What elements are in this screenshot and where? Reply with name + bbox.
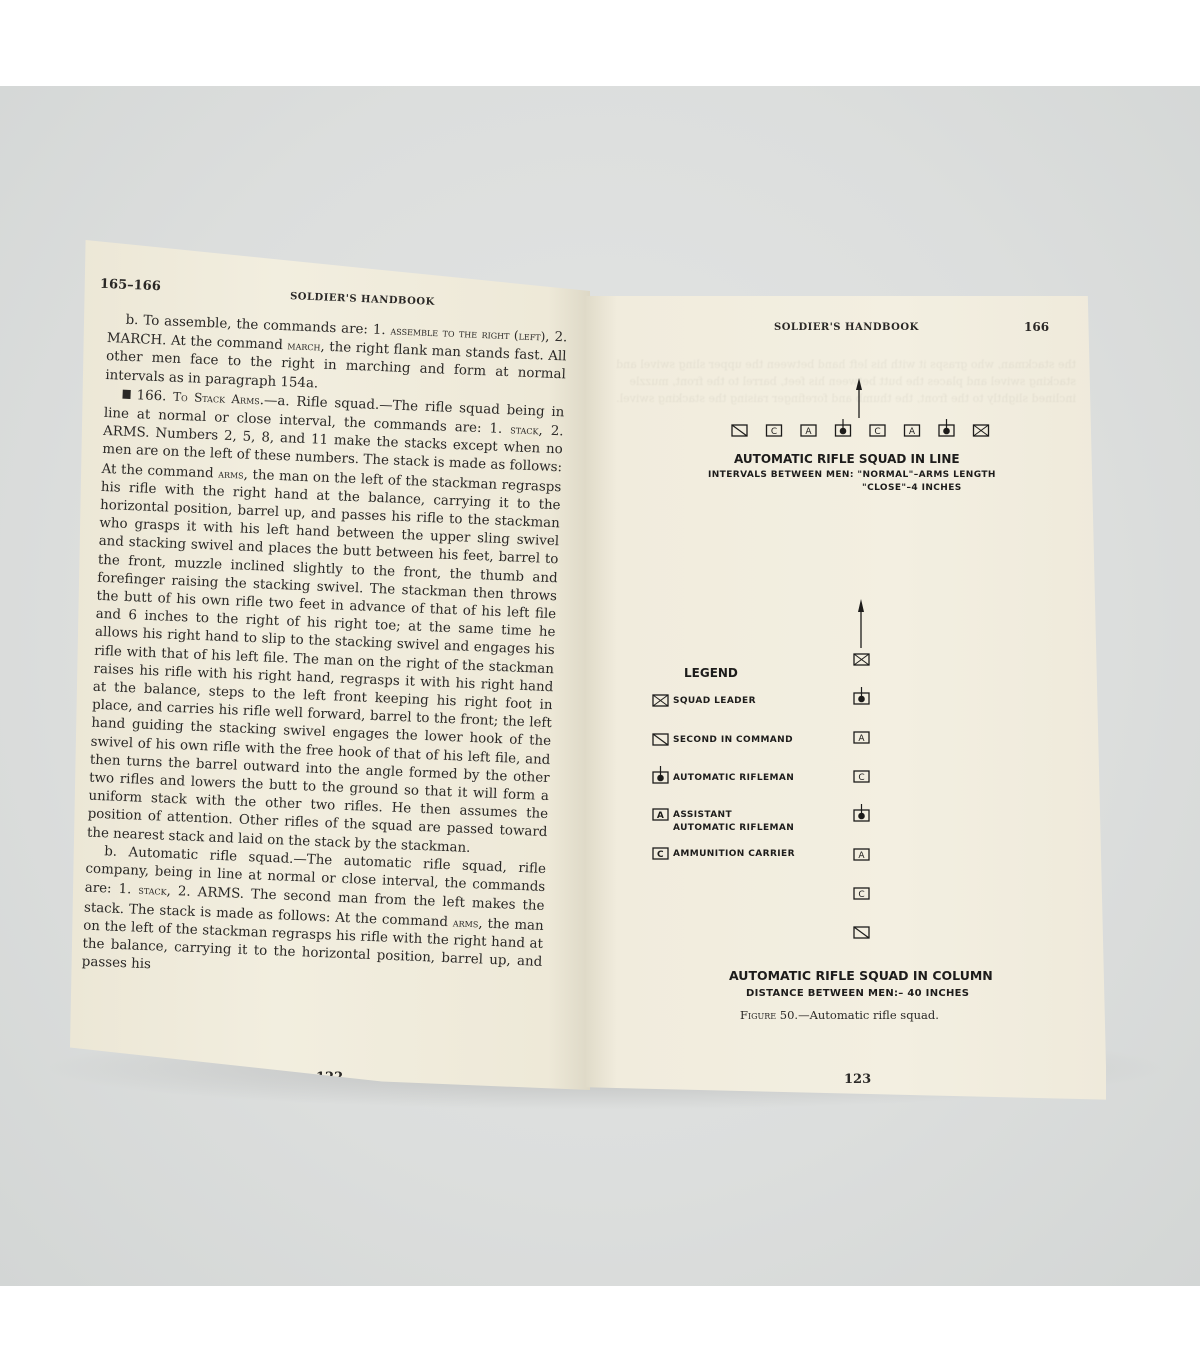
line-close-label: "CLOSE"–4 INCHES	[862, 483, 962, 493]
legend-label: ASSISTANTAUTOMATIC RIFLEMAN	[673, 807, 794, 833]
svg-text:A: A	[657, 811, 664, 821]
paragraph-166a: 166. To Stack Arms.—a. Rifle squad.—The …	[87, 385, 565, 861]
svg-text:C: C	[858, 890, 864, 900]
second-in-command-icon	[653, 734, 668, 745]
svg-text:C: C	[657, 850, 664, 860]
legend-item-ammunition-carrier: CAMMUNITION CARRIER	[652, 846, 795, 860]
svg-text:C: C	[771, 427, 777, 437]
ammunition-carrier-icon: C	[653, 848, 668, 860]
assistant-automatic-rifleman-icon: A	[801, 425, 816, 437]
second-in-command-icon	[732, 425, 747, 436]
column-formation: ACAC	[854, 599, 869, 938]
ammunition-carrier-icon: C	[767, 425, 782, 437]
legend-item-assistant-automatic-rifleman: AASSISTANTAUTOMATIC RIFLEMAN	[652, 807, 794, 833]
column-distance-label: DISTANCE BETWEEN MEN:– 40 INCHES	[746, 988, 969, 999]
legend-title: LEGEND	[684, 666, 738, 680]
ammunition-carrier-icon: C	[870, 425, 885, 437]
left-page: 165–166 SOLDIER'S HANDBOOK b. To assembl…	[70, 240, 590, 1090]
svg-text:A: A	[858, 851, 865, 861]
automatic-rifleman-icon	[854, 687, 869, 704]
paragraph-166b: b. Automatic rifle squad.—The automatic …	[81, 842, 546, 990]
line-formation-title: AUTOMATIC RIFLE SQUAD IN LINE	[734, 452, 960, 466]
second-in-command-icon	[854, 927, 869, 938]
automatic-rifleman-icon	[836, 419, 851, 436]
squad-leader-icon	[653, 695, 668, 706]
automatic-rifleman-icon	[854, 804, 869, 821]
line-formation: CACA	[732, 378, 989, 437]
svg-text:A: A	[909, 427, 916, 437]
legend-label: SQUAD LEADER	[673, 693, 756, 706]
squad-leader-icon	[974, 425, 989, 436]
line-intervals-label: INTERVALS BETWEEN MEN: "NORMAL"–ARMS LEN…	[708, 470, 996, 480]
running-header: SOLDIER'S HANDBOOK	[290, 291, 435, 308]
page-number-right: 123	[844, 1072, 871, 1087]
left-page-body: b. To assemble, the commands are: 1. ass…	[81, 310, 567, 990]
svg-text:C: C	[874, 427, 880, 437]
legend-label: SECOND IN COMMAND	[673, 732, 793, 745]
squad-leader-icon	[854, 654, 869, 665]
legend-item-second-in-command: SECOND IN COMMAND	[652, 732, 793, 746]
section-range: 165–166	[100, 277, 161, 294]
svg-text:A: A	[858, 734, 865, 744]
legend-label: AMMUNITION CARRIER	[673, 846, 795, 859]
assistant-automatic-rifleman-icon: A	[854, 849, 869, 861]
figure-caption: Figure 50.—Automatic rifle squad.	[740, 1008, 939, 1022]
legend-item-squad-leader: SQUAD LEADER	[652, 693, 756, 707]
section-marker-icon	[122, 389, 130, 398]
automatic-rifleman-icon	[939, 419, 954, 436]
assistant-automatic-rifleman-icon: A	[905, 425, 920, 437]
svg-text:C: C	[858, 773, 864, 783]
right-page: the stackman, who grasps it with his lef…	[586, 296, 1106, 1116]
svg-text:A: A	[805, 427, 812, 437]
assistant-automatic-rifleman-icon: A	[854, 732, 869, 744]
legend-label: AUTOMATIC RIFLEMAN	[673, 770, 794, 783]
column-formation-title: AUTOMATIC RIFLE SQUAD IN COLUMN	[729, 968, 993, 983]
ammunition-carrier-icon: C	[854, 771, 869, 783]
legend-item-automatic-rifleman: AUTOMATIC RIFLEMAN	[652, 770, 794, 784]
assistant-automatic-rifleman-icon: A	[653, 809, 668, 821]
ammunition-carrier-icon: C	[854, 888, 869, 900]
